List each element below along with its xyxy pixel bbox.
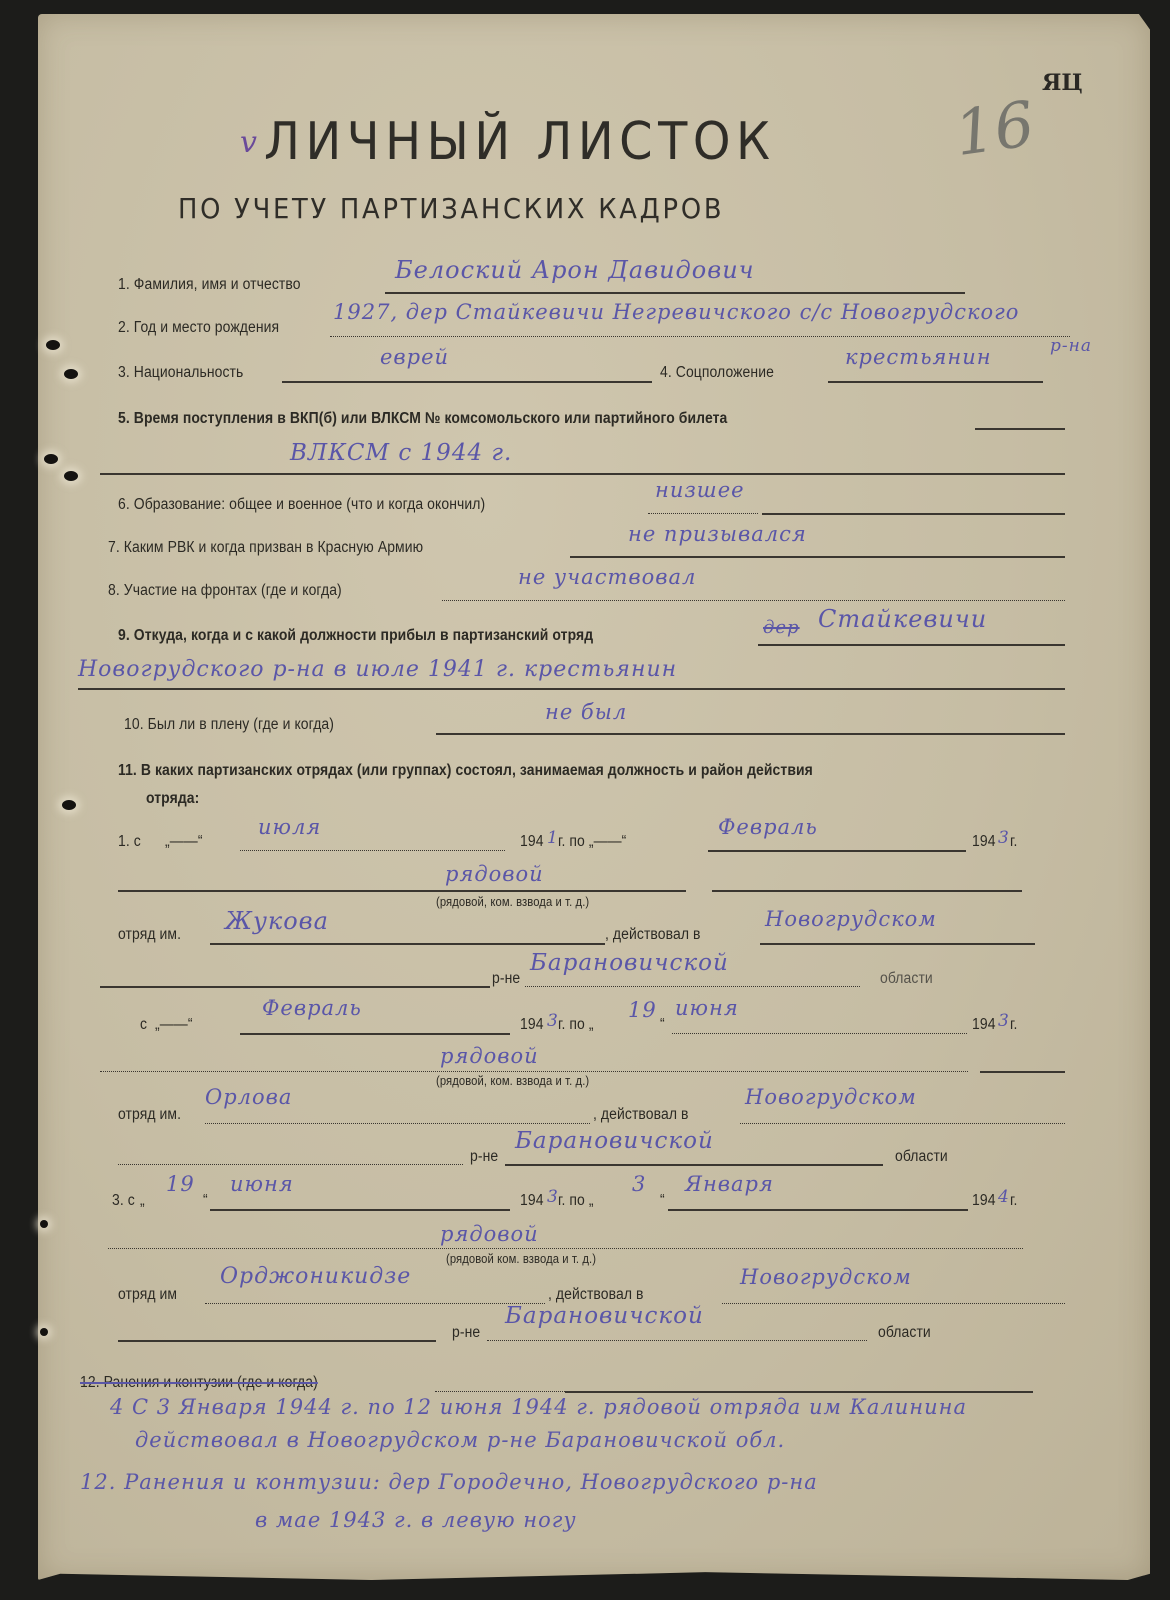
entry-2-to-day[interactable]: 19 xyxy=(628,998,657,1022)
entry-1-to-year: 194 xyxy=(972,833,996,851)
entry-2-detachment[interactable]: Орлова xyxy=(205,1085,292,1109)
entry-3-number: 3. с xyxy=(112,1192,135,1210)
year-suffix: г. xyxy=(1010,1016,1017,1034)
entry-3-detachment-label: отряд им xyxy=(118,1286,177,1304)
field-4-line xyxy=(828,381,1043,383)
field-10-line xyxy=(436,733,1065,735)
entry-2-to-year-digit[interactable]: 3 xyxy=(998,1011,1010,1031)
field-8-line xyxy=(442,600,1065,601)
corner-mark: ЯЦ xyxy=(1042,70,1083,96)
entry-2-to-line xyxy=(672,1033,967,1034)
entry-3-detachment-line xyxy=(205,1303,545,1304)
entry-4-line1[interactable]: 4 С 3 Января 1944 г. по 12 июня 1944 г. … xyxy=(110,1395,967,1419)
entry-2-position-line-b xyxy=(980,1071,1065,1073)
entry-2-position[interactable]: рядовой xyxy=(440,1044,539,1068)
field-8-value[interactable]: не участвовал xyxy=(518,565,696,589)
check-mark: v xyxy=(240,125,258,160)
entry-2-from-month[interactable]: Февраль xyxy=(262,996,362,1020)
field-9-value-line2[interactable]: Новогрудского р-на в июле 1941 г. кресть… xyxy=(78,657,677,682)
entry-2-rne-label: р-не xyxy=(470,1148,498,1166)
pencil-number: 16 xyxy=(950,87,1038,170)
entry-2-position-hint: (рядовой, ком. взвода и т. д.) xyxy=(436,1074,589,1088)
entry-1-region-label: области xyxy=(880,970,933,988)
punch-hole xyxy=(62,800,76,810)
year-to-sep: г. по „——“ xyxy=(558,833,626,851)
entry-3-position-hint: (рядовой ком. взвода и т. д.) xyxy=(446,1252,596,1266)
field-4-value[interactable]: крестьянин xyxy=(845,345,992,369)
field-6-line-b xyxy=(762,513,1065,515)
field-3-label: 3. Национальность xyxy=(118,364,243,382)
entry-1-detachment-line xyxy=(210,943,605,945)
field-11-label: 11. В каких партизанских отрядах (или гр… xyxy=(118,762,813,780)
quote-open: „——“ xyxy=(165,833,203,851)
field-2-value[interactable]: 1927, дер Стайкевичи Негревичского с/с Н… xyxy=(333,300,1019,324)
field-6-value[interactable]: низшее xyxy=(655,478,745,502)
entry-1-position-hint: (рядовой, ком. взвода и т. д.) xyxy=(436,895,589,909)
entry-2-region-label: области xyxy=(895,1148,948,1166)
field-5-value[interactable]: ВЛКСМ с 1944 г. xyxy=(290,440,512,466)
entry-1-district-line xyxy=(760,943,1035,945)
entry-1-detachment[interactable]: Жукова xyxy=(225,907,329,935)
year-suffix: г. xyxy=(1010,833,1017,851)
field-3-line xyxy=(282,381,652,383)
field-10-label: 10. Был ли в плену (где и когда) xyxy=(124,716,334,734)
quote-open: „——“ xyxy=(155,1016,193,1034)
year-to-sep: г. по „ xyxy=(558,1192,594,1210)
entry-2-district-line xyxy=(740,1123,1065,1124)
entry-1-position-line xyxy=(118,890,686,892)
entry-1-position[interactable]: рядовой xyxy=(445,862,544,886)
entry-2-rne-line-a xyxy=(118,1164,463,1165)
entry-3-region-line xyxy=(487,1340,867,1341)
entry-1-rne-line-a xyxy=(100,986,490,988)
entry-1-rne-label: р-не xyxy=(492,970,520,988)
field-12-value-line2[interactable]: в мае 1943 г. в левую ногу xyxy=(255,1508,577,1532)
quote-close: “ xyxy=(660,1192,665,1210)
field-9-label: 9. Откуда, когда и с какой должности при… xyxy=(118,627,593,645)
quote-close: “ xyxy=(660,1016,665,1034)
entry-3-from-year: 194 xyxy=(520,1192,544,1210)
field-8-label: 8. Участие на фронтах (где и когда) xyxy=(108,582,342,600)
punch-hole xyxy=(46,340,60,350)
field-9-value-struck: дер xyxy=(763,617,800,638)
field-2-line xyxy=(330,336,1070,337)
entry-1-to-line xyxy=(708,850,966,852)
quote-close: “ xyxy=(203,1192,208,1210)
entry-3-from-day[interactable]: 19 xyxy=(166,1172,195,1196)
entry-3-position-line xyxy=(108,1248,1023,1249)
field-5-line-a xyxy=(975,428,1065,430)
field-7-line xyxy=(570,556,1065,558)
entry-2-number: с xyxy=(140,1016,147,1034)
field-12-value-line1[interactable]: 12. Ранения и контузии: дер Городечно, Н… xyxy=(80,1470,818,1494)
field-5-line-b xyxy=(100,473,1065,475)
entry-3-to-line xyxy=(668,1209,968,1211)
entry-3-to-year: 194 xyxy=(972,1192,996,1210)
field-9-line-b xyxy=(78,688,1065,690)
field-9-line-a xyxy=(758,644,1065,646)
entry-2-from-line xyxy=(240,1033,510,1035)
entry-2-to-month[interactable]: июня xyxy=(675,996,739,1020)
document-subtitle: ПО УЧЕТУ ПАРТИЗАНСКИХ КАДРОВ xyxy=(178,192,724,225)
entry-2-district[interactable]: Новогрудском xyxy=(745,1085,917,1109)
entry-2-detachment-label: отряд им. xyxy=(118,1106,181,1124)
entry-3-rne-label: р-не xyxy=(452,1324,480,1342)
quote-open: „ xyxy=(140,1192,145,1210)
field-1-line xyxy=(385,292,965,294)
document-sheet xyxy=(38,14,1150,1580)
year-suffix: г. xyxy=(1010,1192,1017,1210)
entry-1-to-month[interactable]: Февраль xyxy=(718,815,818,839)
entry-3-district[interactable]: Новогрудском xyxy=(740,1265,912,1289)
entry-2-acted-label: , действовал в xyxy=(593,1106,689,1124)
field-7-label: 7. Каким РВК и когда призван в Красную А… xyxy=(108,539,423,557)
entry-1-region-line xyxy=(525,986,860,987)
entry-3-position[interactable]: рядовой xyxy=(440,1222,539,1246)
entry-2-detachment-line xyxy=(205,1123,590,1124)
entry-4-line2[interactable]: действовал в Новогрудском р-не Баранович… xyxy=(135,1428,785,1452)
entry-1-region[interactable]: Барановичской xyxy=(530,950,729,976)
field-10-value[interactable]: не был xyxy=(545,700,627,724)
entry-2-position-line xyxy=(100,1071,968,1072)
field-3-value[interactable]: еврей xyxy=(380,345,449,369)
entry-3-rne-line-a xyxy=(118,1340,436,1342)
entry-3-from-month[interactable]: июня xyxy=(230,1172,294,1196)
field-12-line-b xyxy=(565,1391,1033,1393)
field-5-label: 5. Время поступления в ВКП(б) или ВЛКСМ … xyxy=(118,410,727,428)
punch-hole xyxy=(40,1220,48,1228)
punch-hole xyxy=(64,471,78,481)
field-2-value-suffix: р-на xyxy=(1050,336,1092,356)
field-6-line xyxy=(648,513,758,514)
entry-1-from-year: 194 xyxy=(520,833,544,851)
entry-1-from-month[interactable]: июля xyxy=(258,815,321,839)
entry-3-to-day[interactable]: 3 xyxy=(632,1172,646,1196)
field-12-line-a xyxy=(435,1391,565,1392)
entry-2-to-year: 194 xyxy=(972,1016,996,1034)
entry-2-from-year: 194 xyxy=(520,1016,544,1034)
field-2-label: 2. Год и место рождения xyxy=(118,319,279,337)
punch-hole xyxy=(44,454,58,464)
entry-3-detachment[interactable]: Орджоникидзе xyxy=(220,1264,411,1289)
punch-hole xyxy=(64,369,78,379)
entry-1-to-year-digit[interactable]: 3 xyxy=(998,828,1010,848)
field-4-label: 4. Соцположение xyxy=(660,364,774,382)
entry-1-position-line-b xyxy=(712,890,1022,892)
entry-3-acted-label: , действовал в xyxy=(548,1286,644,1304)
field-6-label: 6. Образование: общее и военное (что и к… xyxy=(118,496,485,514)
entry-2-region-line xyxy=(505,1164,883,1166)
field-7-value[interactable]: не призывался xyxy=(628,522,807,546)
year-to-sep: г. по „ xyxy=(558,1016,594,1034)
entry-1-detachment-label: отряд им. xyxy=(118,926,181,944)
document-title: ЛИЧНЫЙ ЛИСТОК xyxy=(264,112,776,172)
entry-3-region-label: области xyxy=(878,1324,931,1342)
entry-2-region[interactable]: Барановичской xyxy=(515,1128,714,1154)
entry-1-district[interactable]: Новогрудском xyxy=(765,907,937,931)
field-9-value-line1[interactable]: Стайкевичи xyxy=(818,605,987,633)
entry-1-from-line xyxy=(240,850,505,851)
field-12-printed-struck: 12. Ранения и контузии (где и когда) xyxy=(80,1374,318,1392)
entry-3-from-line xyxy=(210,1209,510,1211)
entry-3-to-year-digit[interactable]: 4 xyxy=(998,1187,1010,1207)
entry-3-region[interactable]: Барановичской xyxy=(505,1303,704,1329)
field-1-label: 1. Фамилия, имя и отчество xyxy=(118,276,301,294)
entry-1-number: 1. с xyxy=(118,833,141,851)
entry-1-acted-label: , действовал в xyxy=(605,926,701,944)
punch-hole xyxy=(40,1328,48,1336)
field-11-label-cont: отряда: xyxy=(146,790,199,808)
entry-3-to-month[interactable]: Января xyxy=(685,1172,774,1196)
field-1-value[interactable]: Белоский Арон Давидович xyxy=(395,256,755,284)
entry-3-district-line xyxy=(722,1303,1065,1304)
